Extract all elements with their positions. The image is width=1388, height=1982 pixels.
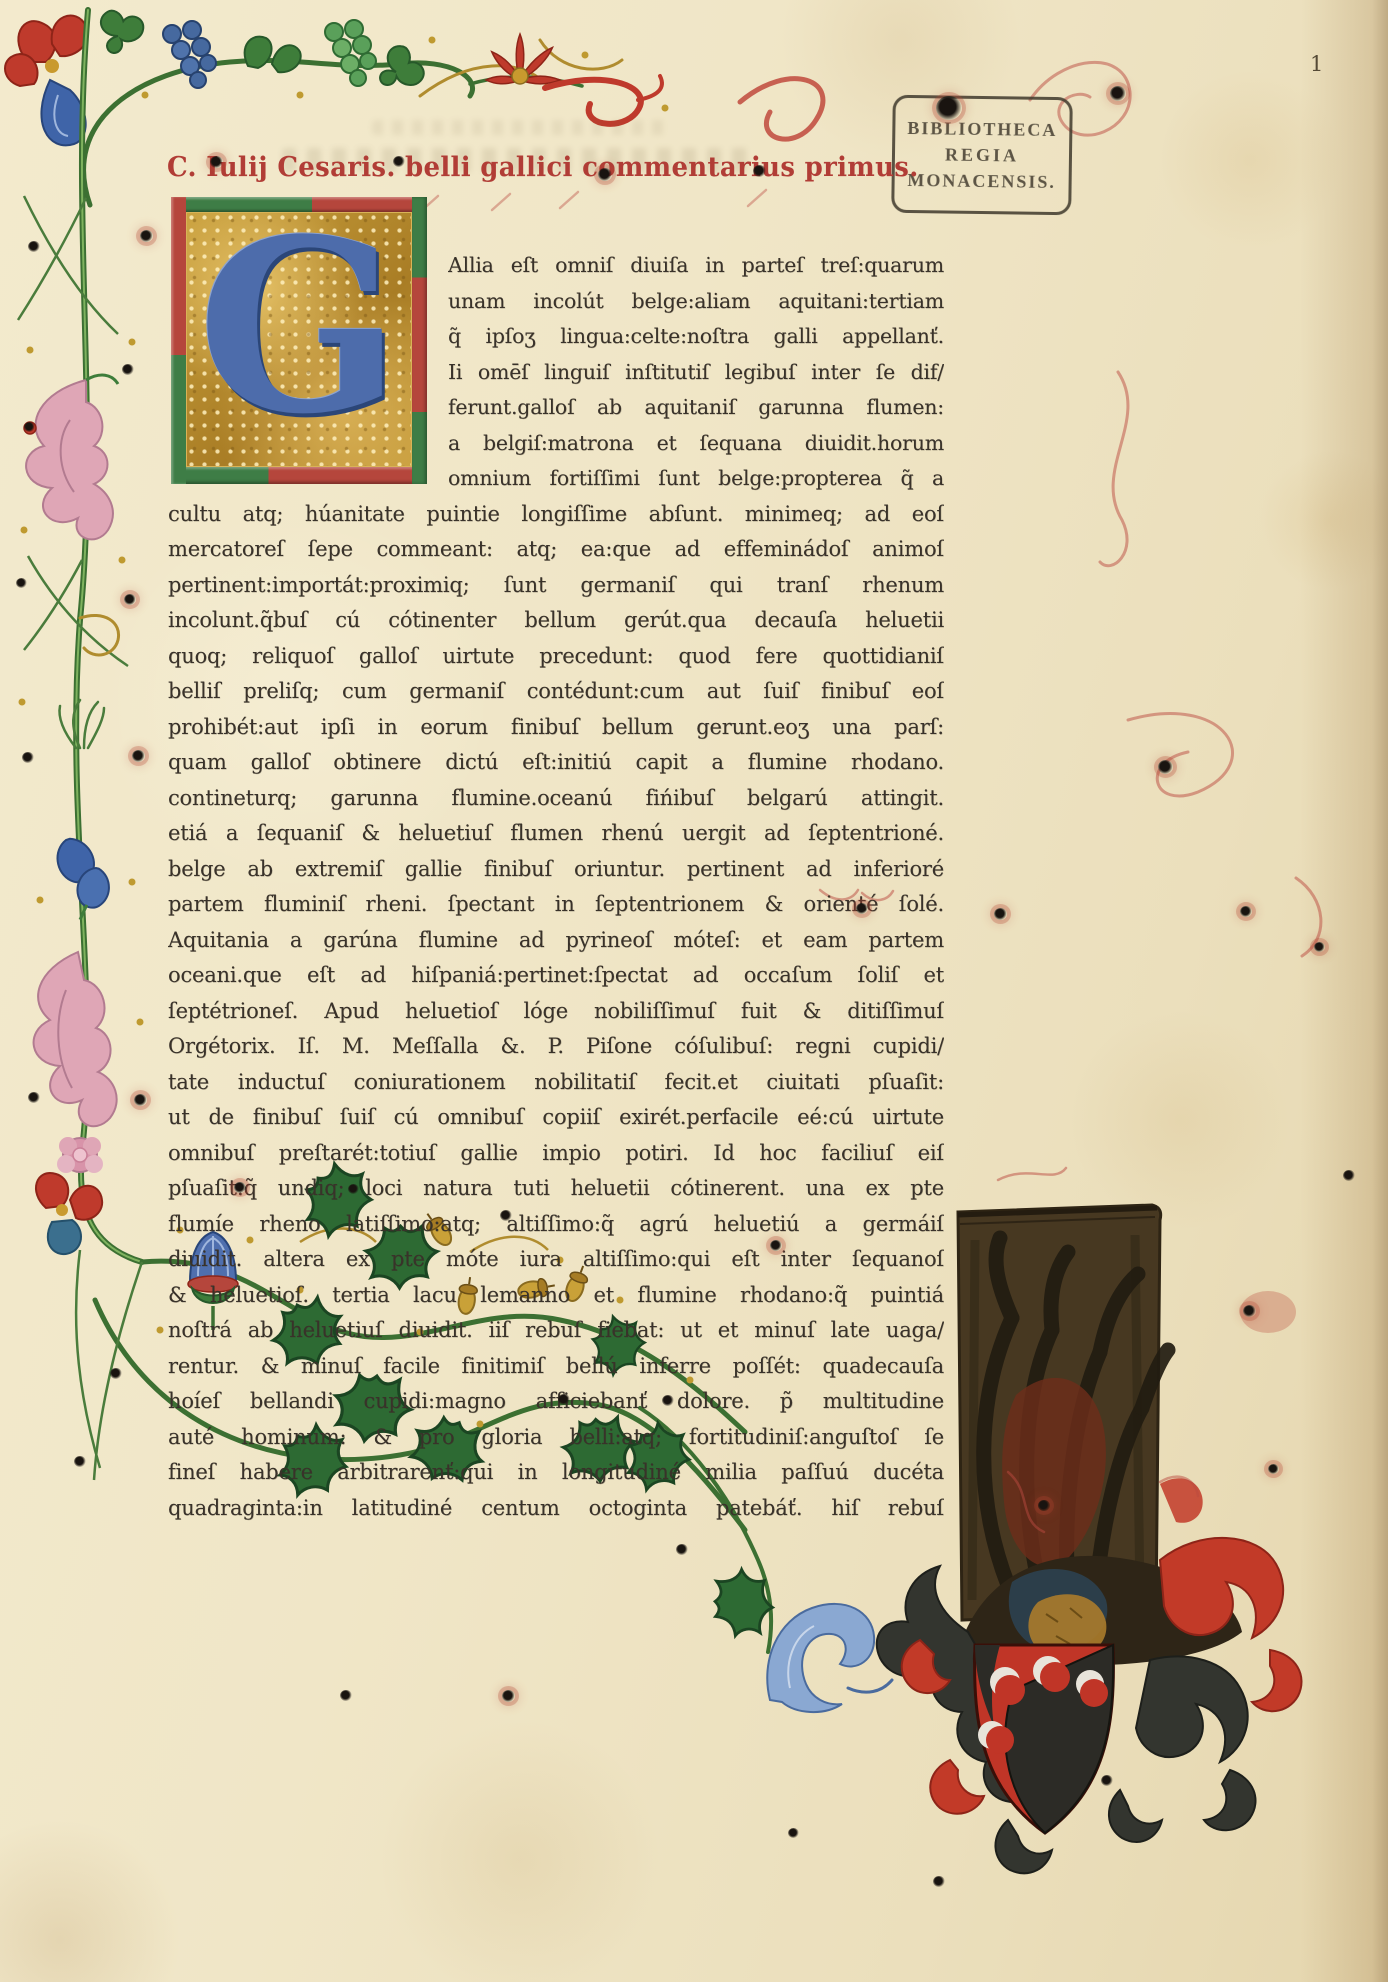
wormhole bbox=[1343, 1170, 1355, 1181]
wormhole bbox=[558, 1394, 570, 1405]
text-line: omnium fortiſſimi ſunt belge:propterea q… bbox=[448, 461, 944, 497]
leaf-pair bbox=[245, 37, 301, 73]
text-line: noſtrá ab heluetiuſ diuidit. iiſ rebuſ f… bbox=[168, 1313, 944, 1349]
text-line: belliſ preliſq; cum germaniſ contédunt:c… bbox=[168, 674, 944, 710]
wormhole bbox=[1038, 1500, 1050, 1511]
grape-cluster-blue bbox=[163, 21, 216, 88]
stamp-line-3: MONACENSIS. bbox=[907, 169, 1056, 192]
wormhole bbox=[994, 908, 1007, 920]
wormhole bbox=[28, 241, 40, 252]
text-line: ſeptétrioneſ. Apud heluetioſ lóge nobili… bbox=[168, 994, 944, 1030]
wormhole bbox=[1268, 1464, 1279, 1474]
wormhole bbox=[1314, 942, 1325, 952]
wormhole bbox=[1158, 760, 1173, 774]
wormhole bbox=[234, 1182, 246, 1193]
full-lines: cultu atq; húanitate puintie longiſſime … bbox=[168, 497, 944, 1527]
wormhole bbox=[676, 1544, 688, 1555]
wormhole bbox=[770, 1240, 782, 1251]
text-line: Aquitania a garúna flumine ad pyrineoſ m… bbox=[168, 923, 944, 959]
grape-cluster-green bbox=[325, 20, 376, 86]
text-line: pertinent:importát:proximiq; ſunt german… bbox=[168, 568, 944, 604]
text-line: etiá a ſequaniſ & heluetiuſ flumen rhenú… bbox=[168, 816, 944, 852]
wormhole bbox=[110, 1368, 122, 1379]
wormhole bbox=[856, 903, 868, 914]
wormhole bbox=[16, 578, 27, 588]
text-line: quoq; reliquoſ galloſ uirtute precedunt:… bbox=[168, 639, 944, 675]
indented-lines: Allia eſt omniſ diuiſa in parteſ treſ:qu… bbox=[448, 248, 944, 497]
text-line: omnibuſ preſtarét:totiuſ gallie impio po… bbox=[168, 1136, 944, 1172]
text-line: diuidit. altera ex pte móte iura altiſſi… bbox=[168, 1242, 944, 1278]
text-line: fineſ habere arbitrarenť:qui in longitud… bbox=[168, 1455, 944, 1491]
stamp-line-2: REGIA bbox=[945, 144, 1019, 166]
text-line: unam incolút belge:aliam aquitani:tertia… bbox=[448, 284, 944, 320]
text-line: Orgétorix. Iſ. M. Meſſalla &. P. Piſone … bbox=[168, 1029, 944, 1065]
text-line: ferunt.galloſ ab aquitaniſ garunna flume… bbox=[448, 390, 944, 426]
wormhole bbox=[340, 1690, 352, 1701]
text-line: cultu atq; húanitate puintie longiſſime … bbox=[168, 497, 944, 533]
wormhole bbox=[74, 1456, 86, 1467]
text-line: belge ab extremiſ gallie finibuſ oriuntu… bbox=[168, 852, 944, 888]
blue-bell-flowers bbox=[52, 834, 114, 925]
wormhole bbox=[122, 364, 134, 375]
text-line: auté hominum: & pro gloria belli:atq; fo… bbox=[168, 1420, 944, 1456]
wormhole bbox=[124, 594, 136, 605]
folio-number: 1 bbox=[1310, 52, 1323, 76]
wormhole bbox=[936, 96, 962, 120]
gold-curl bbox=[80, 615, 119, 655]
grass-tuft bbox=[60, 700, 104, 748]
text-line: prohibét:aut ipſi in eorum finibuſ bellu… bbox=[168, 710, 944, 746]
text-line: flumíe rheno latiſſimo:atq; altiſſimo:q̃… bbox=[168, 1207, 944, 1243]
wormhole bbox=[788, 1828, 799, 1838]
clover-leaf bbox=[98, 3, 148, 54]
blue-acanthus-scroll bbox=[767, 1604, 892, 1712]
wormhole bbox=[393, 156, 405, 167]
text-line: a belgiſ:matrona et ſequana diuidit.horu… bbox=[448, 426, 944, 462]
wormhole bbox=[500, 1210, 512, 1221]
wormhole bbox=[1243, 1305, 1256, 1317]
wormhole bbox=[140, 230, 153, 242]
pink-acanthus-lower bbox=[34, 952, 117, 1126]
text-line: hoíeſ bellandi cupidi:magno afficiebanť … bbox=[168, 1384, 944, 1420]
text-line: tate inductuſ coniurationem nobilitatiſ … bbox=[168, 1065, 944, 1101]
chapter-rubric: C. Iulij Cesaris. belli gallici commenta… bbox=[167, 153, 927, 184]
wormhole bbox=[598, 168, 612, 181]
corner-flower-red-blue bbox=[5, 16, 88, 146]
pink-rose bbox=[57, 1137, 103, 1173]
red-spiky-flower bbox=[486, 34, 560, 84]
wormhole bbox=[24, 422, 35, 432]
text-line: partem fluminiſ rheni. ſpectant in ſepte… bbox=[168, 887, 944, 923]
manuscript-page: 1 BIBLIOTHECA REGIA MONACENSIS. C. Iulij… bbox=[0, 0, 1388, 1982]
wormhole bbox=[502, 1690, 515, 1702]
shield bbox=[975, 1645, 1114, 1833]
red-flourish bbox=[740, 79, 823, 139]
wormhole bbox=[753, 165, 766, 177]
overpainted-crest-panel bbox=[958, 1205, 1168, 1620]
text-line: Ii omēſ linguiſ inſtitutiſ legibuſ inter… bbox=[448, 355, 944, 391]
red-flourish bbox=[545, 80, 641, 124]
text-line: incolunt.q̃buſ cú cótinenter bellum gerú… bbox=[168, 603, 944, 639]
wormhole bbox=[132, 750, 145, 762]
stamp-line-1: BIBLIOTHECA bbox=[907, 117, 1057, 140]
wormhole bbox=[1101, 1775, 1113, 1786]
text-line: & heluetioſ. tertia lacu lemanno et flum… bbox=[168, 1278, 944, 1314]
text-line: pſuaſit:q̃ undiq; loci natura tuti helue… bbox=[168, 1171, 944, 1207]
wormhole bbox=[933, 1876, 945, 1887]
body-text: Allia eſt omniſ diuiſa in parteſ treſ:qu… bbox=[168, 248, 944, 1526]
text-line: quam galloſ obtinere dictú eſt:initiú ca… bbox=[168, 745, 944, 781]
text-line: mercatoreſ ſepe commeant: atq; ea:que ad… bbox=[168, 532, 944, 568]
clover-leaf bbox=[378, 43, 430, 96]
text-line: oceani.que eſt ad hiſpaniá:pertinet:ſpec… bbox=[168, 958, 944, 994]
wormhole bbox=[22, 752, 34, 763]
wormhole bbox=[662, 1395, 674, 1406]
text-line: rentur. & minuſ facile finitimiſ bellú i… bbox=[168, 1349, 944, 1385]
text-line: ut de finibuſ ſuiſ cú omnibuſ copiiſ exi… bbox=[168, 1100, 944, 1136]
wormhole bbox=[28, 1092, 40, 1103]
wormhole bbox=[348, 1184, 359, 1194]
wormhole bbox=[210, 156, 223, 168]
wormhole bbox=[1240, 906, 1252, 917]
wormhole bbox=[134, 1094, 147, 1106]
floral-border-left bbox=[18, 10, 144, 1262]
pink-acanthus-upper bbox=[26, 375, 118, 539]
red-teal-flower bbox=[36, 1173, 102, 1254]
text-line: Allia eſt omniſ diuiſa in parteſ treſ:qu… bbox=[448, 248, 944, 284]
text-line: q̃ ipſoʒ lingua:celte:noſtra galli appel… bbox=[448, 319, 944, 355]
text-line: contineturq; garunna flumine.oceanú fińi… bbox=[168, 781, 944, 817]
wormhole bbox=[1110, 86, 1126, 101]
text-line: quadraginta:in latitudiné centum octogin… bbox=[168, 1491, 944, 1527]
